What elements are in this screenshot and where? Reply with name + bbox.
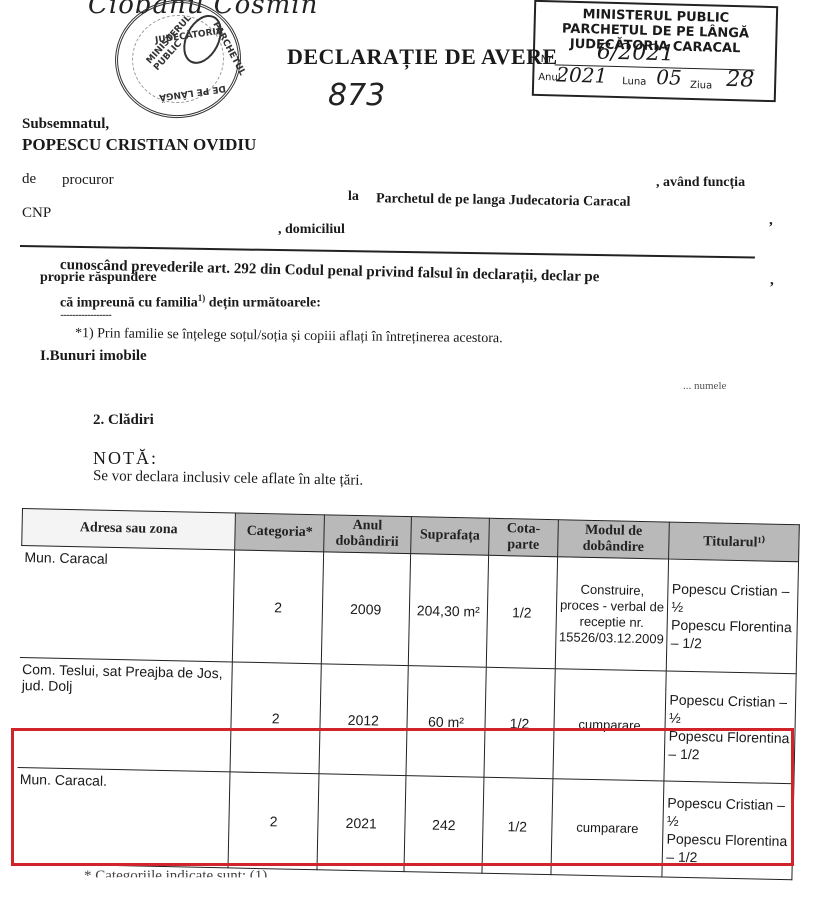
institution-name: Parchetul de pe langa Judecatoria Caraca… xyxy=(376,191,631,211)
subsection-heading: 2. Clădiri xyxy=(93,412,154,429)
dotted-line: .................................. xyxy=(60,308,111,319)
col-header: Titularul¹⁾ xyxy=(669,522,799,562)
stamp-nr-label: Nr xyxy=(541,54,553,65)
statement-line-1: cunoscând prevederile art. 292 din Codul… xyxy=(60,257,760,290)
la-label: la xyxy=(348,189,359,205)
cell-year: 2009 xyxy=(321,552,410,666)
cnp-label: CNP xyxy=(22,205,51,222)
page-title: DECLARAȚIE DE AVERE xyxy=(287,44,558,70)
section-heading: I.Bunuri imobile xyxy=(40,348,147,365)
col-header: Categoria* xyxy=(235,513,324,552)
declarant-name: POPESCU CRISTIAN OVIDIU xyxy=(22,135,256,155)
statement-line-2: proprie răspundere xyxy=(40,270,157,286)
cell-category: 2 xyxy=(233,550,324,664)
highlight-box xyxy=(11,728,794,866)
col-header: Modul de dobândire xyxy=(557,520,670,559)
stamp-luna-value: 05 xyxy=(656,65,682,90)
owner-line: Popescu Cristian – ½ xyxy=(671,579,794,618)
stamp-nr-value: 6/2021 xyxy=(597,39,675,66)
statement-text: dețin următoarele: xyxy=(205,296,321,311)
cell-address: Mun. Caracal xyxy=(19,546,235,662)
stamp-luna-label: Luna xyxy=(622,76,646,88)
comma: , xyxy=(770,272,774,289)
function-value: procuror xyxy=(62,172,114,189)
col-header: Suprafața xyxy=(410,517,489,556)
cell-share: 1/2 xyxy=(487,555,558,668)
table-row: Mun. Caracal 2 2009 204,30 m² 1/2 Constr… xyxy=(19,546,798,674)
cell-owners: Popescu Cristian – ½ Popescu Florentina … xyxy=(667,559,799,674)
stamp-ziua-label: Ziua xyxy=(690,80,712,92)
owner-line: Popescu Florentina – 1/2 xyxy=(671,615,794,654)
comma: , xyxy=(769,212,773,229)
col-header: Cota-parte xyxy=(489,518,558,556)
domiciliul-label: , domiciliul xyxy=(278,222,345,238)
footnote-categories: * Categoriile indicate sunt: (1) xyxy=(84,868,267,885)
cell-area: 204,30 m² xyxy=(408,554,489,668)
nota-text: Se vor declara inclusiv cele aflate în a… xyxy=(93,468,364,490)
col-header: Anul dobândirii xyxy=(324,515,411,554)
cell-mode: Construire, proces - verbal de receptie … xyxy=(555,557,669,671)
stamp-anul-value: 2021 xyxy=(556,62,608,87)
subsemnatul-label: Subsemnatul, xyxy=(22,116,109,133)
owner-line: Popescu Cristian – ½ xyxy=(669,690,792,729)
avand-functia-label: , având funcția xyxy=(656,175,745,191)
divider-line xyxy=(20,245,755,259)
nota-label: NOTĂ: xyxy=(93,448,158,469)
faded-text: ... numele xyxy=(683,380,726,392)
handwritten-number: 873 xyxy=(328,78,385,113)
col-header: Adresa sau zona xyxy=(22,509,236,550)
registration-stamp: MINISTERUL PUBLIC PARCHETUL DE PE LÂNGĂ … xyxy=(532,0,778,102)
de-label: de xyxy=(22,171,36,188)
stamp-ziua-value: 28 xyxy=(726,67,755,93)
footnote-family: *1) Prin familie se înțelege soțul/soția… xyxy=(75,326,503,347)
